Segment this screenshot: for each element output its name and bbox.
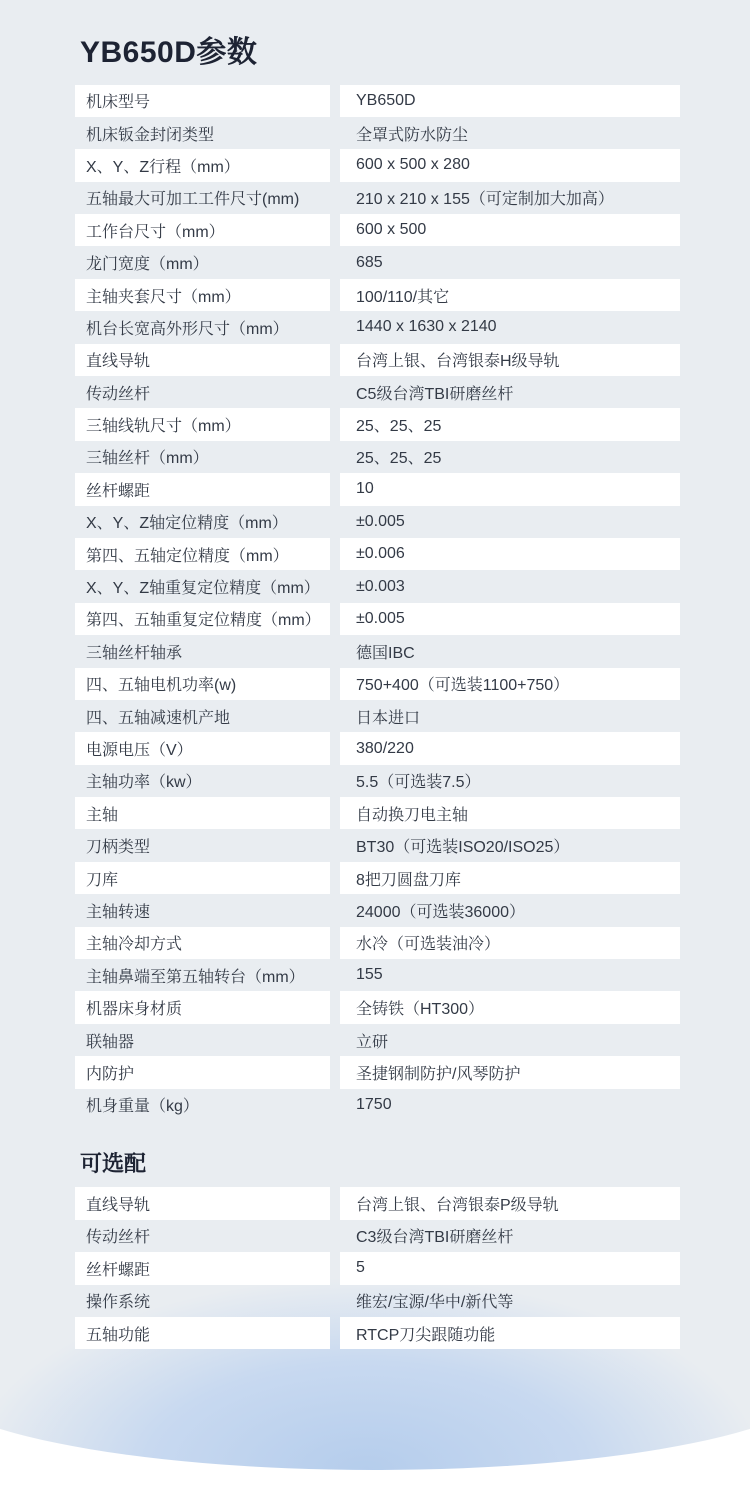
spec-label: 电源电压（V） [75,732,330,764]
spec-value: 25、25、25 [340,408,680,440]
spec-value: ±0.006 [340,538,680,570]
spec-label: 工作台尺寸（mm） [75,214,330,246]
spec-value: 750+400（可选装1100+750） [340,668,680,700]
spec-label: 三轴丝杆轴承 [75,635,330,667]
spec-value: C3级台湾TBI研磨丝杆 [340,1220,680,1252]
spec-label: 机器床身材质 [75,991,330,1023]
table-row: 三轴线轨尺寸（mm）25、25、25 [75,408,680,440]
spec-value: 5 [340,1252,680,1284]
spec-value: 210 x 210 x 155（可定制加大加高） [340,182,680,214]
table-row: 龙门宽度（mm）685 [75,246,680,278]
table-row: 主轴夹套尺寸（mm）100/110/其它 [75,279,680,311]
spec-label: 第四、五轴重复定位精度（mm） [75,603,330,635]
spec-value: 1440 x 1630 x 2140 [340,311,680,343]
spec-value: C5级台湾TBI研磨丝杆 [340,376,680,408]
table-row: 四、五轴电机功率(w)750+400（可选装1100+750） [75,668,680,700]
table-row: 直线导轨台湾上银、台湾银泰H级导轨 [75,344,680,376]
spec-label: 三轴线轨尺寸（mm） [75,408,330,440]
table-row: 操作系统维宏/宝源/华中/新代等 [75,1285,680,1317]
spec-label: 传动丝杆 [75,1220,330,1252]
spec-label: 五轴功能 [75,1317,330,1349]
table-row: 主轴功率（kw）5.5（可选装7.5） [75,765,680,797]
table-row: 五轴最大可加工工件尺寸(mm)210 x 210 x 155（可定制加大加高） [75,182,680,214]
spec-value: RTCP刀尖跟随功能 [340,1317,680,1349]
optional-section-title: 可选配 [80,1151,680,1177]
spec-label: 操作系统 [75,1285,330,1317]
spec-label: 丝杆螺距 [75,473,330,505]
spec-value: 100/110/其它 [340,279,680,311]
spec-value: 自动换刀电主轴 [340,797,680,829]
table-row: X、Y、Z行程（mm）600 x 500 x 280 [75,149,680,181]
table-row: 直线导轨台湾上银、台湾银泰P级导轨 [75,1187,680,1219]
table-row: 四、五轴减速机产地日本进口 [75,700,680,732]
spec-label: 直线导轨 [75,1187,330,1219]
table-row: 三轴丝杆（mm）25、25、25 [75,441,680,473]
spec-value: 600 x 500 [340,214,680,246]
table-row: 刀库8把刀圆盘刀库 [75,862,680,894]
table-row: 五轴功能RTCP刀尖跟随功能 [75,1317,680,1349]
spec-label: 内防护 [75,1056,330,1088]
table-row: 主轴自动换刀电主轴 [75,797,680,829]
spec-value: 10 [340,473,680,505]
table-row: 机身重量（kg）1750 [75,1089,680,1121]
table-row: 第四、五轴重复定位精度（mm）±0.005 [75,603,680,635]
spec-label: 机床钣金封闭类型 [75,117,330,149]
main-spec-table: 机床型号YB650D机床钣金封闭类型全罩式防水防尘X、Y、Z行程（mm）600 … [75,85,680,1122]
spec-value: 立研 [340,1024,680,1056]
spec-sheet-page: YB650D参数 机床型号YB650D机床钣金封闭类型全罩式防水防尘X、Y、Z行… [0,0,750,1497]
spec-value: YB650D [340,85,680,117]
table-row: 内防护圣捷钢制防护/风琴防护 [75,1056,680,1088]
table-row: 工作台尺寸（mm）600 x 500 [75,214,680,246]
table-row: 刀柄类型BT30（可选装ISO20/ISO25） [75,829,680,861]
spec-value: 台湾上银、台湾银泰P级导轨 [340,1187,680,1219]
spec-value: 380/220 [340,732,680,764]
spec-label: 联轴器 [75,1024,330,1056]
table-row: 第四、五轴定位精度（mm）±0.006 [75,538,680,570]
page-title: YB650D参数 [80,36,680,71]
table-row: 机器床身材质全铸铁（HT300） [75,991,680,1023]
spec-value: 155 [340,959,680,991]
optional-spec-table: 直线导轨台湾上银、台湾银泰P级导轨传动丝杆C3级台湾TBI研磨丝杆丝杆螺距5操作… [75,1187,680,1349]
table-row: 电源电压（V）380/220 [75,732,680,764]
spec-label: 丝杆螺距 [75,1252,330,1284]
spec-value: 台湾上银、台湾银泰H级导轨 [340,344,680,376]
spec-label: 主轴转速 [75,894,330,926]
table-row: 丝杆螺距10 [75,473,680,505]
table-row: 联轴器立研 [75,1024,680,1056]
spec-label: 第四、五轴定位精度（mm） [75,538,330,570]
spec-value: 日本进口 [340,700,680,732]
table-row: X、Y、Z轴重复定位精度（mm）±0.003 [75,570,680,602]
spec-value: 德国IBC [340,635,680,667]
table-row: 主轴转速24000（可选装36000） [75,894,680,926]
spec-label: 刀柄类型 [75,829,330,861]
spec-label: X、Y、Z行程（mm） [75,149,330,181]
spec-label: 主轴冷却方式 [75,927,330,959]
spec-label: 龙门宽度（mm） [75,246,330,278]
spec-value: 25、25、25 [340,441,680,473]
spec-label: 刀库 [75,862,330,894]
spec-label: 主轴 [75,797,330,829]
spec-value: 圣捷钢制防护/风琴防护 [340,1056,680,1088]
spec-label: 四、五轴减速机产地 [75,700,330,732]
spec-label: 传动丝杆 [75,376,330,408]
content-area: YB650D参数 机床型号YB650D机床钣金封闭类型全罩式防水防尘X、Y、Z行… [0,0,750,1349]
spec-label: 直线导轨 [75,344,330,376]
table-row: 三轴丝杆轴承德国IBC [75,635,680,667]
table-row: 传动丝杆C5级台湾TBI研磨丝杆 [75,376,680,408]
spec-label: 主轴功率（kw） [75,765,330,797]
table-row: 主轴冷却方式水冷（可选装油冷） [75,927,680,959]
spec-label: 四、五轴电机功率(w) [75,668,330,700]
spec-label: X、Y、Z轴定位精度（mm） [75,506,330,538]
table-row: X、Y、Z轴定位精度（mm）±0.005 [75,506,680,538]
spec-value: 全罩式防水防尘 [340,117,680,149]
spec-value: 5.5（可选装7.5） [340,765,680,797]
spec-label: X、Y、Z轴重复定位精度（mm） [75,570,330,602]
spec-label: 机台长宽高外形尺寸（mm） [75,311,330,343]
spec-label: 机床型号 [75,85,330,117]
table-row: 传动丝杆C3级台湾TBI研磨丝杆 [75,1220,680,1252]
table-row: 机床型号YB650D [75,85,680,117]
spec-label: 机身重量（kg） [75,1089,330,1121]
spec-value: ±0.005 [340,603,680,635]
spec-label: 主轴鼻端至第五轴转台（mm） [75,959,330,991]
spec-label: 五轴最大可加工工件尺寸(mm) [75,182,330,214]
spec-value: 8把刀圆盘刀库 [340,862,680,894]
spec-value: 水冷（可选装油冷） [340,927,680,959]
spec-value: 维宏/宝源/华中/新代等 [340,1285,680,1317]
table-row: 主轴鼻端至第五轴转台（mm）155 [75,959,680,991]
spec-value: ±0.005 [340,506,680,538]
spec-value: 24000（可选装36000） [340,894,680,926]
table-row: 丝杆螺距5 [75,1252,680,1284]
spec-label: 三轴丝杆（mm） [75,441,330,473]
spec-value: ±0.003 [340,570,680,602]
spec-value: 685 [340,246,680,278]
spec-value: 600 x 500 x 280 [340,149,680,181]
table-row: 机台长宽高外形尺寸（mm）1440 x 1630 x 2140 [75,311,680,343]
spec-value: 全铸铁（HT300） [340,991,680,1023]
spec-label: 主轴夹套尺寸（mm） [75,279,330,311]
table-row: 机床钣金封闭类型全罩式防水防尘 [75,117,680,149]
spec-value: BT30（可选装ISO20/ISO25） [340,829,680,861]
spec-value: 1750 [340,1089,680,1121]
